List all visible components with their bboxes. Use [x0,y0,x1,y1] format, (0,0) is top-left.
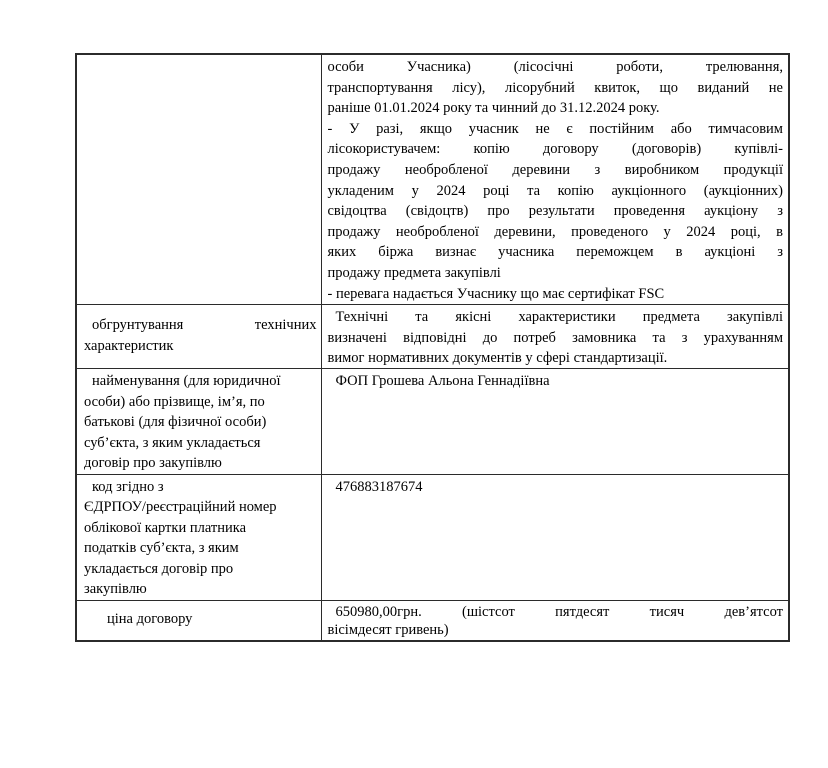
text-line: продажу необробленої деревини з виробник… [328,160,784,181]
text-line: свідоцтва (свідоцтв) про результати пров… [328,201,784,222]
contractor-name-label-cell: найменування (для юридичної особи) або п… [76,369,321,475]
text-line: код згідно з [84,477,317,498]
text-line: закупівлю [84,579,317,600]
text-line: договір про закупівлю [84,453,317,474]
table-row-contract-price: ціна договору 650980,00грн. (шістсот пят… [76,600,789,641]
text-line: вимог нормативних документів у сфері ста… [328,348,784,368]
edrpou-label-cell: код згідно з ЄДРПОУ/реєстраційний номер … [76,474,321,600]
edrpou-value-cell: 476883187674 [321,474,789,600]
page: { "document": { "kind": "procurement-rep… [0,0,828,768]
text-line: 650980,00грн. (шістсот пятдесят тисяч де… [328,603,784,622]
text-line: обгрунтування технічних [84,315,317,335]
text-line: найменування (для юридичної [84,371,317,392]
edrpou-code-value: 476883187674 [328,477,784,498]
contractor-name-value-cell: ФОП Грошева Альона Геннадіївна [321,369,789,475]
technical-justification-label-cell: обгрунтування технічних характеристик [76,305,321,369]
technical-justification-value-cell: Технічні та якісні характеристики предме… [321,305,789,369]
table-row-continuation: особи Учасника) (лісосічні роботи, трелю… [76,54,789,305]
text-line: визначені відповідні до потреб замовника… [328,328,784,348]
text-line: особи Учасника) (лісосічні роботи, трелю… [328,57,784,78]
text-line: ЄДРПОУ/реєстраційний номер [84,497,317,518]
contract-price-value-cell: 650980,00грн. (шістсот пятдесят тисяч де… [321,600,789,641]
text-line: транспортування лісу), лісорубний квиток… [328,78,784,99]
text-line: - перевага надається Учаснику що має сер… [328,284,784,305]
text-line: укладається договір про [84,559,317,580]
text-line: продажу необробленої деревини, проведено… [328,222,784,243]
text-line: облікової картки платника [84,518,317,539]
text-line: батькові (для фізичної особи) [84,412,317,433]
text-line: податків суб’єкта, з яким [84,538,317,559]
text-line: вісімдесят гривень) [328,621,784,640]
document-page: особи Учасника) (лісосічні роботи, трелю… [0,0,828,768]
table-row-edrpou-code: код згідно з ЄДРПОУ/реєстраційний номер … [76,474,789,600]
text-line: - У разі, якщо учасник не є постійним аб… [328,119,784,140]
text-line: раніше 01.01.2024 року та чинний до 31.1… [328,98,784,119]
text-line: лісокористувачем: копію договору (догово… [328,139,784,160]
table-row-contractor-name: найменування (для юридичної особи) або п… [76,369,789,475]
qualification-requirements-cell: особи Учасника) (лісосічні роботи, трелю… [321,54,789,305]
procurement-table: особи Учасника) (лісосічні роботи, трелю… [75,53,790,642]
text-line: суб’єкта, з яким укладається [84,433,317,454]
text-line: ціна договору [107,610,317,629]
text-line: продажу предмета закупівлі [328,263,784,284]
table-row-technical-justification: обгрунтування технічних характеристик Те… [76,305,789,369]
text-line: характеристик [84,336,317,356]
contractor-name-value: ФОП Грошева Альона Геннадіївна [328,371,784,392]
text-line: Технічні та якісні характеристики предме… [328,307,784,327]
text-line: яких біржа визнає учасника переможцем в … [328,242,784,263]
text-line: укладеним у 2024 році та копію аукціонно… [328,181,784,202]
empty-label-cell [76,54,321,305]
contract-price-label-cell: ціна договору [76,600,321,641]
text-line: особи) або прізвище, ім’я, по [84,392,317,413]
